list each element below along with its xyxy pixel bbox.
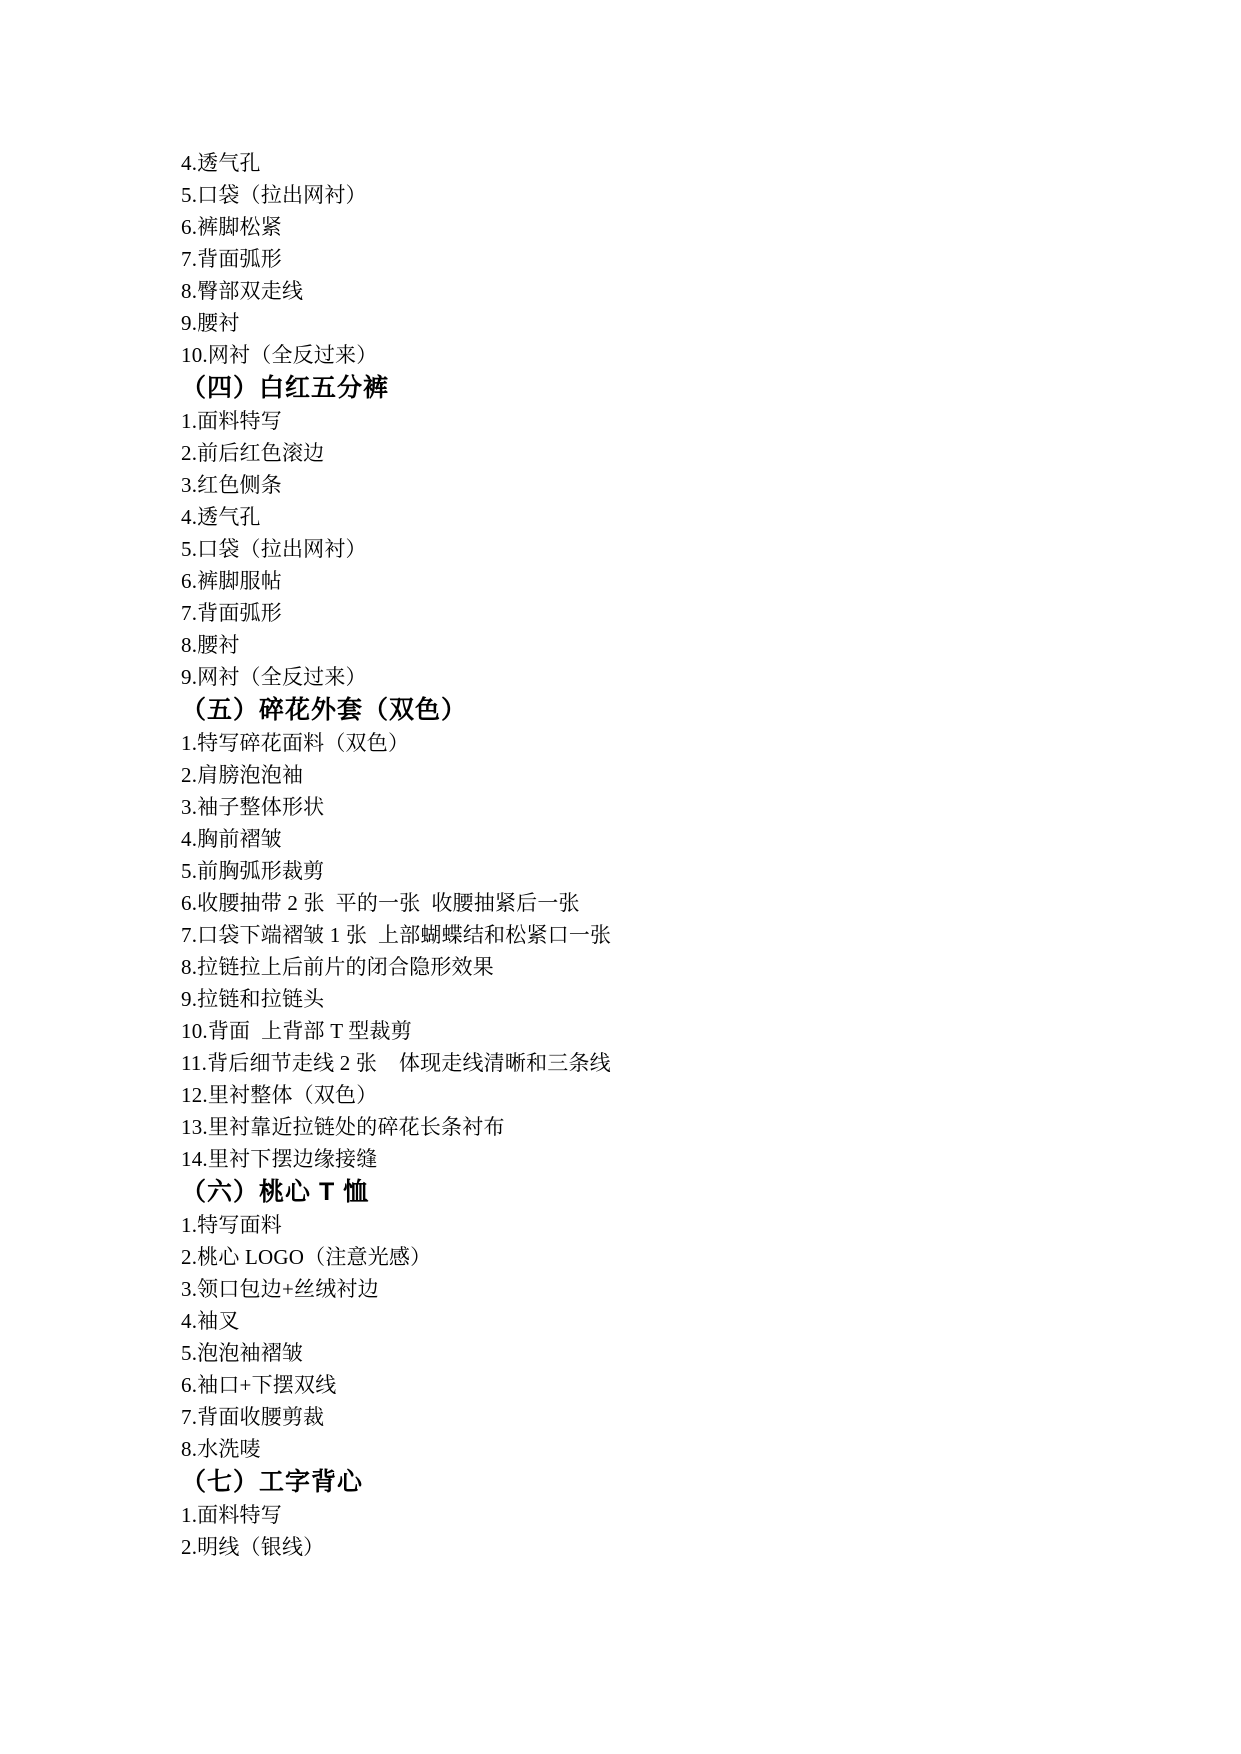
list-item: 6.裤脚服帖 bbox=[181, 565, 1141, 597]
list-item: 8.臀部双走线 bbox=[181, 275, 1141, 307]
list-item: 4.透气孔 bbox=[181, 501, 1141, 533]
section-heading: （四）白红五分裤 bbox=[181, 371, 1141, 405]
list-item: 7.口袋下端褶皱 1 张 上部蝴蝶结和松紧口一张 bbox=[181, 919, 1141, 951]
list-item: 14.里衬下摆边缘接缝 bbox=[181, 1143, 1141, 1175]
list-item: 5.口袋（拉出网衬） bbox=[181, 533, 1141, 565]
list-item: 8.腰衬 bbox=[181, 629, 1141, 661]
list-item: 4.胸前褶皱 bbox=[181, 823, 1141, 855]
section-heading: （六）桃心 T 恤 bbox=[181, 1175, 1141, 1209]
list-item: 3.袖子整体形状 bbox=[181, 791, 1141, 823]
list-item: 9.腰衬 bbox=[181, 307, 1141, 339]
list-item: 10.背面 上背部 T 型裁剪 bbox=[181, 1015, 1141, 1047]
list-item: 4.透气孔 bbox=[181, 147, 1141, 179]
list-item: 7.背面收腰剪裁 bbox=[181, 1401, 1141, 1433]
list-item: 5.口袋（拉出网衬） bbox=[181, 179, 1141, 211]
list-item: 7.背面弧形 bbox=[181, 597, 1141, 629]
list-item: 6.袖口+下摆双线 bbox=[181, 1369, 1141, 1401]
list-item: 13.里衬靠近拉链处的碎花长条衬布 bbox=[181, 1111, 1141, 1143]
list-item: 1.特写面料 bbox=[181, 1209, 1141, 1241]
list-item: 2.明线（银线） bbox=[181, 1531, 1141, 1563]
list-item: 1.面料特写 bbox=[181, 1499, 1141, 1531]
list-item: 3.领口包边+丝绒衬边 bbox=[181, 1273, 1141, 1305]
list-item: 5.泡泡袖褶皱 bbox=[181, 1337, 1141, 1369]
list-item: 7.背面弧形 bbox=[181, 243, 1141, 275]
document-page: 4.透气孔5.口袋（拉出网衬）6.裤脚松紧7.背面弧形8.臀部双走线9.腰衬10… bbox=[0, 0, 1241, 1754]
list-item: 6.收腰抽带 2 张 平的一张 收腰抽紧后一张 bbox=[181, 887, 1141, 919]
list-item: 4.袖叉 bbox=[181, 1305, 1141, 1337]
list-item: 2.肩膀泡泡袖 bbox=[181, 759, 1141, 791]
list-item: 12.里衬整体（双色） bbox=[181, 1079, 1141, 1111]
list-item: 5.前胸弧形裁剪 bbox=[181, 855, 1141, 887]
list-item: 9.拉链和拉链头 bbox=[181, 983, 1141, 1015]
section-heading: （五）碎花外套（双色） bbox=[181, 693, 1141, 727]
document-body: 4.透气孔5.口袋（拉出网衬）6.裤脚松紧7.背面弧形8.臀部双走线9.腰衬10… bbox=[181, 147, 1141, 1563]
list-item: 1.面料特写 bbox=[181, 405, 1141, 437]
list-item: 6.裤脚松紧 bbox=[181, 211, 1141, 243]
list-item: 8.拉链拉上后前片的闭合隐形效果 bbox=[181, 951, 1141, 983]
list-item: 3.红色侧条 bbox=[181, 469, 1141, 501]
list-item: 8.水洗唛 bbox=[181, 1433, 1141, 1465]
list-item: 11.背后细节走线 2 张 体现走线清晰和三条线 bbox=[181, 1047, 1141, 1079]
list-item: 10.网衬（全反过来） bbox=[181, 339, 1141, 371]
list-item: 2.桃心 LOGO（注意光感） bbox=[181, 1241, 1141, 1273]
list-item: 1.特写碎花面料（双色） bbox=[181, 727, 1141, 759]
list-item: 9.网衬（全反过来） bbox=[181, 661, 1141, 693]
list-item: 2.前后红色滚边 bbox=[181, 437, 1141, 469]
section-heading: （七）工字背心 bbox=[181, 1465, 1141, 1499]
